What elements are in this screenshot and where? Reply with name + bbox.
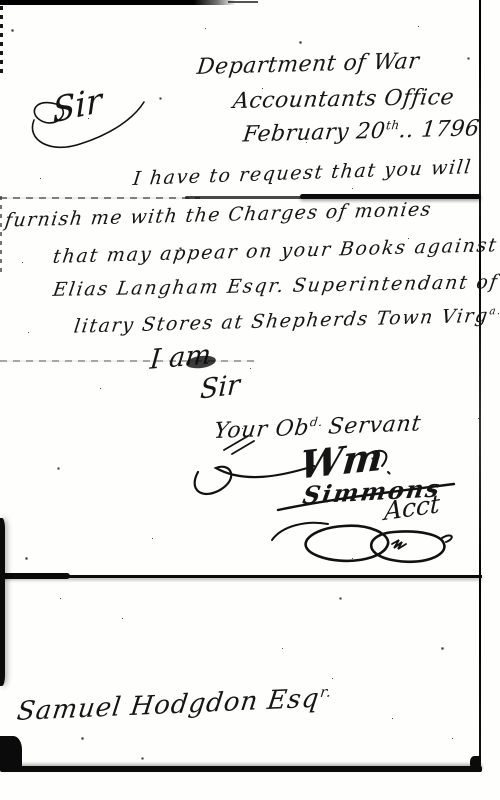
signature-slash-marks — [224, 436, 254, 454]
left-edge-dashes-top — [0, 6, 3, 76]
body-line-2: furnish me with the Charges of monies — [4, 198, 434, 231]
addressee-main: Samuel Hodgdon Esq — [15, 684, 321, 727]
top-edge-line — [0, 0, 236, 5]
body-line-5-superscript: a. — [489, 305, 500, 317]
body-line-3: that may appear on your Books against — [52, 234, 500, 268]
addressee: Samuel Hodgdon Esqr. — [15, 683, 333, 727]
letter-scan-page: Department of War Accountants Office Feb… — [0, 0, 500, 800]
signature-leadin-stroke — [195, 466, 314, 494]
body-line-5: litary Stores at Shepherds Town Virga. — [73, 304, 500, 337]
addressee-superscript: r. — [319, 684, 333, 701]
fold-crease-3-left-knot — [0, 573, 70, 579]
signature-paraph-flourish — [266, 512, 456, 572]
closing-your-superscript: d. — [309, 415, 324, 430]
body-line-1: I have to request that you will — [132, 156, 474, 190]
left-edge-bar — [0, 518, 5, 686]
fold-crease-1-left — [0, 197, 200, 199]
header-date: February 20th.. 1796 — [242, 116, 481, 148]
fold-crease-2 — [0, 360, 255, 362]
top-edge-line-tail — [228, 1, 258, 3]
salutation-flourish-stroke — [32, 102, 144, 147]
fold-crease-1-right — [300, 194, 481, 199]
header-department: Department of War — [196, 49, 421, 80]
bottom-edge-line — [0, 766, 482, 772]
left-edge-dashes-mid — [0, 196, 2, 274]
closing-sir: Sir — [199, 369, 240, 405]
bottom-right-corner-knot — [470, 756, 481, 770]
body-line-4: Elias Langham Esqr. Superintendant of — [51, 271, 500, 301]
paraph-oval-left — [306, 526, 389, 561]
fold-crease-3 — [0, 575, 482, 578]
body-line-5-main: litary Stores at Shepherds Town Virg — [73, 305, 491, 338]
header-date-main: February 20 — [242, 119, 387, 148]
paraph-inner-scribble — [392, 540, 406, 549]
salutation-flourish — [22, 96, 152, 166]
paraph-oval-right — [371, 532, 444, 562]
header-office: Accountants Office — [231, 85, 455, 114]
header-date-rest: .. 1796 — [398, 116, 481, 143]
bottom-left-corner-blob — [0, 736, 22, 770]
